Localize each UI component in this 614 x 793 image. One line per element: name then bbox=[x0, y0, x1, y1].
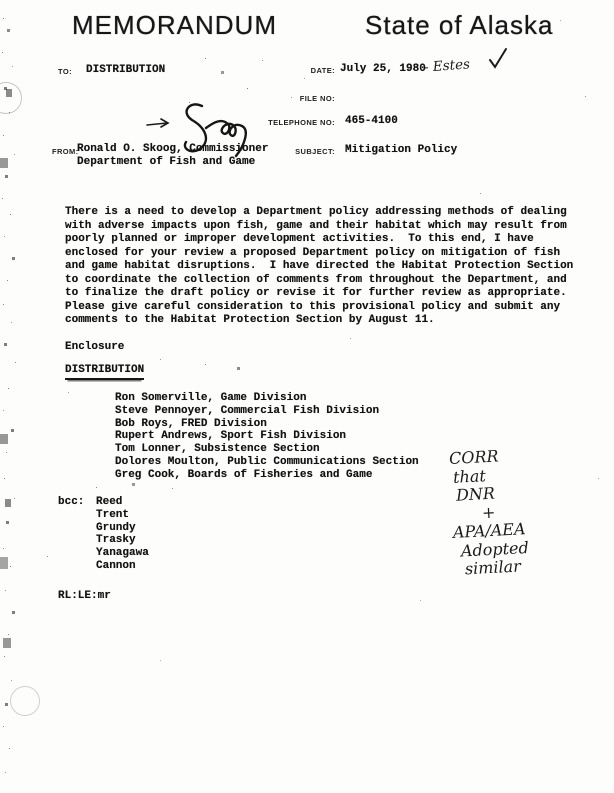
bcc-name: Yanagawa bbox=[96, 547, 149, 560]
to-value: DISTRIBUTION bbox=[86, 64, 165, 77]
body-paragraph: There is a need to develop a Department … bbox=[65, 206, 573, 328]
org-title: State of Alaska bbox=[365, 10, 553, 41]
distribution-recipient: Bob Roys, FRED Division bbox=[115, 418, 419, 431]
signature-scribble bbox=[172, 98, 262, 158]
distribution-heading: DISTRIBUTION bbox=[65, 364, 144, 380]
distribution-recipient: Greg Cook, Boards of Fisheries and Game bbox=[115, 469, 419, 482]
telephone-value: 465-4100 bbox=[345, 115, 398, 128]
date-value: July 25, 1980 bbox=[340, 63, 426, 76]
bcc-name: Cannon bbox=[96, 560, 149, 573]
from-label: FROM: bbox=[52, 147, 79, 156]
enclosure-label: Enclosure bbox=[65, 341, 124, 354]
bcc-name: Trent bbox=[96, 509, 149, 522]
scan-ring-artifact-top bbox=[0, 82, 22, 114]
distribution-recipient: Steve Pennoyer, Commercial Fish Division bbox=[115, 405, 419, 418]
distribution-recipient: Dolores Moulton, Public Communications S… bbox=[115, 456, 419, 469]
memo-title: MEMORANDUM bbox=[72, 10, 277, 41]
checkmark-icon bbox=[488, 47, 508, 69]
scan-ring-artifact-bottom bbox=[10, 686, 40, 716]
date-label: DATE: bbox=[225, 66, 335, 75]
handwritten-date-note: - Estes bbox=[423, 56, 470, 75]
distribution-list: Ron Somerville, Game Division Steve Penn… bbox=[115, 392, 419, 482]
scan-smudges bbox=[0, 0, 4, 6]
margin-note-line: similar bbox=[464, 557, 530, 579]
memo-page: MEMORANDUM State of Alaska TO: DISTRIBUT… bbox=[0, 0, 614, 793]
handwritten-margin-note: CORR that DNR + APA/AEA Adopted similar bbox=[449, 446, 530, 579]
distribution-recipient: Tom Lonner, Subsistence Section bbox=[115, 443, 419, 456]
subject-value: Mitigation Policy bbox=[345, 144, 457, 157]
bcc-name: Reed bbox=[96, 496, 149, 509]
bcc-name: Grundy bbox=[96, 522, 149, 535]
bcc-list: Reed Trent Grundy Trasky Yanagawa Cannon bbox=[96, 496, 149, 573]
typist-initials: RL:LE:mr bbox=[58, 590, 111, 603]
distribution-recipient: Rupert Andrews, Sport Fish Division bbox=[115, 430, 419, 443]
arrow-right-icon bbox=[146, 118, 172, 130]
to-label: TO: bbox=[58, 67, 72, 76]
bcc-name: Trasky bbox=[96, 534, 149, 547]
bcc-label: bcc: bbox=[58, 496, 84, 509]
distribution-recipient: Ron Somerville, Game Division bbox=[115, 392, 419, 405]
